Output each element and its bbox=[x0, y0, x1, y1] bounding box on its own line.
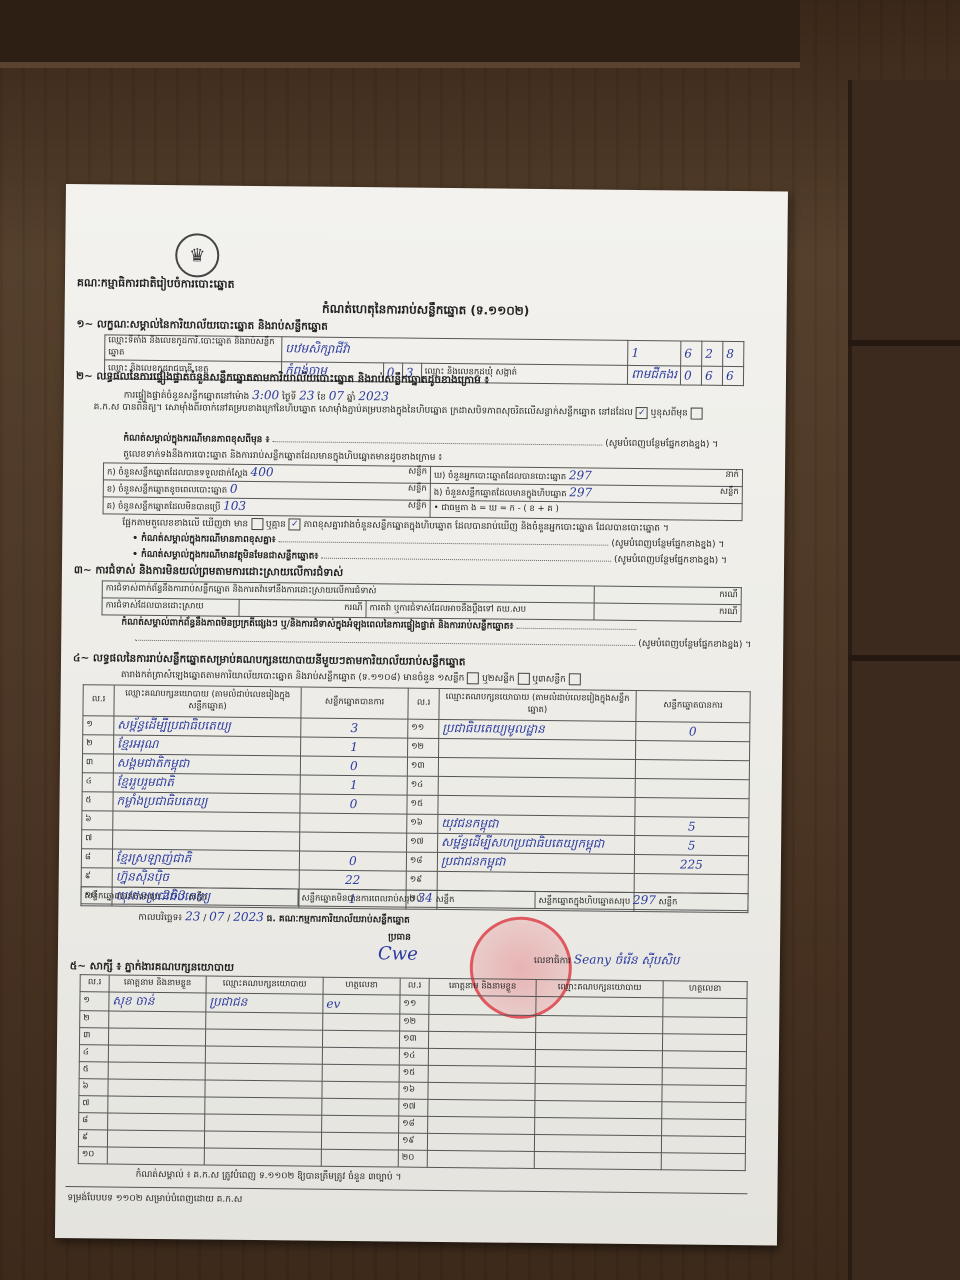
total-valid: សន្លឹកឆ្នោតបានការសរុប 263 សន្លឹក bbox=[81, 887, 298, 906]
witness-party bbox=[205, 1114, 322, 1132]
party-votes bbox=[635, 759, 749, 779]
party-name: សម្ព័ន្ធដើម្បីសហប្រជាធិបតេយ្យកម្ពុជា bbox=[438, 833, 635, 854]
witness-name bbox=[428, 1048, 535, 1066]
witness-party bbox=[534, 1134, 661, 1152]
note-changed-field[interactable] bbox=[272, 441, 602, 445]
emblem-icon: ♛ bbox=[175, 233, 219, 277]
date-label: កាលបរិច្ឆេទ៖ bbox=[138, 913, 182, 923]
party-name: ខ្មែរស្រឡាញ់ជាតិ bbox=[112, 849, 299, 870]
col-sign: ហត្ថលេខា bbox=[323, 977, 400, 995]
col-name: គោត្តនាម និងនាមខ្លួន bbox=[429, 978, 536, 996]
col-party: ឈ្មោះគណបក្សនយោបាយ bbox=[536, 979, 663, 997]
row-number: ២០ bbox=[398, 1150, 427, 1167]
footer-text: ទម្រង់បែបបទ ១១០២ សម្រាប់បំពេញដោយ គ.ក.ស bbox=[67, 1192, 242, 1207]
witness-signature bbox=[663, 998, 747, 1018]
witness-table: ល.រ គោត្តនាម និងនាមខ្លួន ឈ្មោះគណបក្សនយោប… bbox=[78, 974, 748, 1171]
witness-party bbox=[205, 1080, 322, 1098]
witness-name bbox=[108, 1062, 205, 1080]
row-number: ១៩ bbox=[398, 1133, 427, 1150]
code-digit: 8 bbox=[723, 341, 744, 366]
row-number: ១ bbox=[83, 716, 114, 735]
witness-name: សុខ ចាន់ bbox=[109, 992, 206, 1012]
row-number: ១៤ bbox=[399, 1048, 428, 1065]
figure-d-value: 297 bbox=[569, 468, 592, 482]
results-table: ល.រ ឈ្មោះគណបក្សនយោបាយ (តាមលំដាប់លេខរៀងក្… bbox=[80, 684, 750, 913]
witness-signature bbox=[322, 1030, 399, 1048]
witness-party bbox=[535, 1100, 662, 1118]
party-name: សង្គមជាតិកម្ពុជា bbox=[113, 754, 300, 775]
witness-signature bbox=[322, 1115, 399, 1133]
row-number: ៤ bbox=[79, 1045, 108, 1062]
section5-note: កំណត់សម្គាល់ ៖ គ.ក.ស ត្រូវបំពេញ ទ.១១០២ ឱ… bbox=[136, 1169, 402, 1185]
compare-tail: ភាពខុសគ្នារវាងចំនួនសន្លឹកឆ្នោតក្នុងហិបឆ្… bbox=[304, 520, 669, 534]
witness-name bbox=[107, 1130, 204, 1148]
secretary-signature: Seany ចំរើន ស៊ីបសិប bbox=[574, 952, 680, 967]
row-number: ១៣ bbox=[407, 757, 438, 776]
witness-signature bbox=[662, 1119, 746, 1137]
row-number: ៦ bbox=[79, 1079, 108, 1096]
verification-year: 2023 bbox=[358, 389, 389, 403]
witness-signature bbox=[661, 1153, 745, 1171]
witness-party bbox=[535, 1049, 662, 1067]
row-number: ១៣ bbox=[399, 1031, 428, 1048]
organization-name: គណៈកម្មាធិការជាតិរៀបចំការបោះឆ្នោត bbox=[77, 276, 235, 294]
witness-name bbox=[108, 1096, 205, 1114]
party-name bbox=[438, 757, 635, 778]
witness-name bbox=[108, 1045, 205, 1063]
witness-party bbox=[204, 1148, 321, 1166]
party-votes: 3 bbox=[301, 718, 408, 738]
intact-label: ឬខុសពីមុន bbox=[651, 408, 688, 418]
witness-name bbox=[108, 1079, 205, 1097]
row-number: ៩ bbox=[78, 1130, 107, 1147]
witness-signature bbox=[662, 1068, 746, 1086]
witness-signature bbox=[321, 1149, 398, 1167]
party-name: កម្លាំងប្រជាធិបតេយ្យ bbox=[113, 792, 300, 813]
chair-signature: Cwe bbox=[378, 943, 418, 964]
col-votes: សន្លឹកឆ្នោតបានការ bbox=[301, 687, 408, 719]
party-votes: 225 bbox=[634, 854, 748, 874]
party-votes: 0 bbox=[300, 756, 407, 776]
figure-b-value: 0 bbox=[230, 482, 238, 496]
commune-value: ពាមជីកងរ bbox=[628, 365, 681, 385]
row-number: ១១ bbox=[400, 995, 429, 1014]
fill-more-text: (សូមបំពេញបន្ថែមផ្នែកខាងខ្នង) ។ bbox=[614, 555, 727, 566]
row-number: ៣ bbox=[79, 1028, 108, 1045]
note-object-field[interactable] bbox=[321, 558, 611, 562]
row-number: ១៨ bbox=[399, 1116, 428, 1133]
code-digit: 2 bbox=[702, 341, 723, 366]
sheet-opt3: ឬ៣សន្លឹក bbox=[532, 674, 566, 684]
compare-or: ឬគ្មាន bbox=[266, 520, 286, 530]
sheet-count-line: តារាងកត់ត្រាសំឡេងឆ្នោតតាមការិយាល័យបោះឆ្ន… bbox=[121, 669, 581, 687]
row-number: ១៧ bbox=[399, 1099, 428, 1116]
row-number: ៤ bbox=[82, 773, 113, 792]
witness-signature bbox=[321, 1132, 398, 1150]
witness-party: ប្រជាជន bbox=[206, 993, 323, 1013]
row-number: ១០ bbox=[78, 1147, 107, 1164]
party-votes bbox=[636, 740, 750, 760]
party-name: ខ្មែរអរុណ bbox=[114, 735, 301, 756]
election-form-sheet: ♛ គណៈកម្មាធិការជាតិរៀបចំការបោះឆ្នោត កំណត… bbox=[55, 184, 788, 1246]
party-votes: 1 bbox=[301, 737, 408, 757]
figure-a-value: 400 bbox=[251, 465, 274, 479]
compare-text: ផ្អែកតាមតួលេខខាងលើ ឃើញថា មាន bbox=[122, 518, 248, 529]
plank-seam bbox=[848, 655, 960, 661]
witness-signature bbox=[662, 1102, 746, 1120]
witness-party bbox=[536, 1015, 663, 1033]
col-votes: សន្លឹកឆ្នោតបានការ bbox=[636, 690, 750, 722]
witness-signature bbox=[662, 1051, 746, 1069]
date-day: 23 bbox=[185, 909, 200, 923]
witness-name bbox=[108, 1113, 205, 1131]
one-sheet-checkbox[interactable] bbox=[467, 672, 479, 684]
row-number: ៦ bbox=[82, 811, 113, 830]
party-name bbox=[439, 738, 636, 759]
row-number: ១៦ bbox=[399, 1082, 428, 1099]
note-changed-label: កំណត់សម្គាល់ក្នុងករណីមានភាពខុសពីមុន ៖ bbox=[123, 434, 269, 446]
witness-signature bbox=[323, 1013, 400, 1031]
has-difference-checkbox[interactable] bbox=[251, 518, 263, 530]
witness-party bbox=[204, 1131, 321, 1149]
witness-party bbox=[205, 1097, 322, 1115]
cases-label: ករណី bbox=[594, 586, 741, 605]
col-party: ឈ្មោះគណបក្សនយោបាយ (តាមលំដាប់លេខរៀងក្នុងស… bbox=[439, 688, 636, 721]
party-name bbox=[113, 830, 300, 851]
section3-note-label: កំណត់សម្គាល់ពាក់ព័ន្ធនឹងភាពមិនប្រក្រតីផ្… bbox=[121, 618, 513, 632]
two-sheet-checkbox[interactable] bbox=[517, 673, 529, 685]
party-name: សម្ព័ន្ធដើម្បីប្រជាធិបតេយ្យ bbox=[114, 716, 301, 737]
figure-e-value: 297 bbox=[569, 485, 592, 499]
note-diff-field[interactable] bbox=[278, 541, 608, 545]
witness-name bbox=[428, 1031, 535, 1049]
witness-name bbox=[428, 1082, 535, 1100]
party-votes bbox=[300, 813, 407, 833]
row-number: ១៩ bbox=[406, 871, 437, 890]
party-name bbox=[438, 795, 635, 816]
code-digit: 6 bbox=[701, 366, 722, 385]
party-votes: 0 bbox=[636, 721, 750, 741]
witness-signature: ev bbox=[323, 994, 400, 1014]
party-name: ខ្មែររួបរួមជាតិ bbox=[113, 773, 300, 794]
row-number: ១២ bbox=[400, 1014, 429, 1031]
row-number: ១៤ bbox=[407, 776, 438, 795]
total-box: សន្លឹកឆ្នោតក្នុងហិបឆ្នោតសរុប 297 សន្លឹក bbox=[535, 891, 748, 910]
col-party: ឈ្មោះគណបក្សនយោបាយ bbox=[206, 976, 323, 994]
witness-party bbox=[534, 1151, 661, 1169]
note-diff-label: • កំណត់សម្គាល់ក្នុងករណីមានភាពខុសគ្នា៖ bbox=[132, 534, 275, 546]
year-label: ឆ្នាំ bbox=[347, 393, 356, 403]
fill-more-text: (សូមបំពេញបន្ថែមផ្នែកខាងខ្នង) ។ bbox=[638, 639, 751, 650]
col-party: ឈ្មោះគណបក្សនយោបាយ (តាមលំដាប់លេខរៀងក្នុងស… bbox=[114, 685, 301, 718]
three-sheet-checkbox[interactable] bbox=[569, 673, 581, 685]
verification-month: 07 bbox=[329, 389, 344, 403]
party-name: យុវជនកម្ពុជា bbox=[438, 814, 635, 835]
party-name bbox=[438, 776, 635, 797]
witness-party bbox=[535, 1117, 662, 1135]
intact-checkbox[interactable]: ✓ bbox=[636, 406, 648, 418]
witness-party bbox=[535, 1066, 662, 1084]
witness-name bbox=[428, 1065, 535, 1083]
witness-signature bbox=[663, 1017, 747, 1035]
col-sign: ហត្ថលេខា bbox=[663, 981, 747, 999]
date-line: កាលបរិច្ឆេទ៖ 23 / 07 / 2023 ធ. គណៈកម្មកា… bbox=[138, 909, 410, 928]
objections-table: ការជំទាស់ពាក់ព័ន្ធនឹងការរាប់សន្លឹកឆ្នោត … bbox=[101, 580, 741, 622]
witness-party bbox=[205, 1063, 322, 1081]
witness-name bbox=[429, 995, 536, 1015]
code-digit: 0 bbox=[680, 366, 701, 385]
row-number: ១ bbox=[80, 992, 109, 1011]
figures-table: ក) ចំនួនសន្លឹកឆ្នោតដែលបានទទួលជាក់ស្តែង 4… bbox=[103, 462, 744, 521]
row-number: ៥ bbox=[82, 792, 113, 811]
party-votes bbox=[635, 778, 749, 798]
witness-name bbox=[108, 1028, 205, 1046]
wooden-panel bbox=[848, 80, 960, 1280]
total-box-value: 297 bbox=[633, 893, 656, 907]
row-number: ១១ bbox=[408, 719, 439, 738]
col-no: ល.រ bbox=[83, 685, 114, 716]
row-number: ១៨ bbox=[406, 852, 437, 871]
station-label: ឈ្មោះទីតាំង និងលេខកូដការិ.បោះឆ្នោត និងរា… bbox=[105, 335, 282, 362]
day-label: ថ្ងៃទី bbox=[282, 392, 296, 402]
witness-signature bbox=[662, 1085, 746, 1103]
row-number: ១២ bbox=[408, 738, 439, 757]
code-digit: 6 bbox=[681, 341, 702, 366]
changed-checkbox[interactable] bbox=[691, 407, 703, 419]
witness-name bbox=[107, 1147, 204, 1165]
row-number: ៣ bbox=[82, 754, 113, 773]
code-digit: 6 bbox=[722, 366, 743, 385]
secretary-line: លេខាធិការ Seany ចំរើន ស៊ីបសិប bbox=[534, 951, 680, 971]
row-number: ៧ bbox=[79, 1096, 108, 1113]
col-name: គោត្តនាម និងនាមខ្លួន bbox=[109, 975, 206, 993]
party-votes: 0 bbox=[299, 851, 406, 871]
party-votes: 22 bbox=[299, 870, 406, 890]
party-name bbox=[113, 811, 300, 832]
section3-note-field[interactable] bbox=[516, 628, 636, 630]
party-votes: 5 bbox=[635, 835, 749, 855]
party-votes: 1 bbox=[300, 775, 407, 795]
total-valid-value: 263 bbox=[163, 888, 186, 902]
row-number: ២ bbox=[80, 1011, 109, 1028]
witness-name bbox=[428, 1116, 535, 1134]
station-value: បឋមសិក្សាជីវ៉ា bbox=[282, 337, 629, 366]
row-number: ៩ bbox=[81, 868, 112, 887]
col-no: ល.រ bbox=[408, 688, 439, 719]
section3-heading: ៣~ ការជំទាស់ និងការមិនយល់ព្រមតាមការដោះស្… bbox=[74, 564, 343, 582]
fill-more-text: (សូមបំពេញបន្ថែមផ្នែកខាងខ្នង) ។ bbox=[611, 539, 724, 550]
fill-more-text: (សូមបំពេញបន្ថែមផ្នែកខាងខ្នង) ។ bbox=[605, 439, 718, 450]
row-number: ២ bbox=[83, 735, 114, 754]
witness-name bbox=[428, 1099, 535, 1117]
figure-c: គ) ចំនួនសន្លឹកឆ្នោតដែលមិនបានប្រើ 103 សន្… bbox=[103, 497, 430, 517]
row-number: ១៥ bbox=[399, 1065, 428, 1082]
cases-label: ករណី bbox=[239, 599, 366, 617]
witness-party bbox=[535, 1032, 662, 1050]
party-votes bbox=[634, 873, 748, 893]
party-votes: 5 bbox=[635, 816, 749, 836]
row-number: ៨ bbox=[81, 849, 112, 868]
total-invalid: សន្លឹកឆ្នោតមិនបានការពេលរាប់សរុប 34 សន្លឹ… bbox=[298, 889, 535, 908]
witness-party bbox=[206, 1012, 323, 1030]
party-votes bbox=[635, 797, 749, 817]
resolved-label: ការជំទាស់ដែលបានដោះស្រាយ bbox=[102, 598, 239, 616]
cases-label: ករណី bbox=[594, 603, 741, 622]
date-month: 07 bbox=[209, 910, 224, 924]
section1-heading: ១~ លក្ខណៈសម្គាល់នៃការិយាល័យបោះឆ្នោត និងរ… bbox=[76, 318, 327, 336]
appeal-label: ការតវ៉ា ឬការជំទាស់ដែលអាចនឹងប្តឹងទៅ គឃ.សប bbox=[366, 601, 594, 620]
note-object-label: • កំណត់សម្គាល់ក្នុងករណីមានវត្ថុមិនមែនជាស… bbox=[132, 550, 318, 562]
code-digit: 1 bbox=[628, 340, 681, 366]
witness-party bbox=[535, 1083, 662, 1101]
row-number: ១៦ bbox=[407, 814, 438, 833]
witness-signature bbox=[322, 1098, 399, 1116]
witness-signature bbox=[661, 1136, 745, 1154]
row-number: ១៥ bbox=[407, 795, 438, 814]
witness-signature bbox=[322, 1081, 399, 1099]
total-invalid-value: 34 bbox=[417, 891, 432, 905]
witness-name bbox=[429, 1014, 536, 1032]
row-number: ៥ bbox=[79, 1062, 108, 1079]
formula: • ជាធម្មតា ង = ឃ = ក - ( ខ + គ ) bbox=[430, 500, 742, 520]
seal-text: គ.ក.ស បានពិនិត្យ។ សោម៉ាំងពីរចាក់នៅគម្របខ… bbox=[94, 402, 633, 418]
party-votes: 0 bbox=[300, 794, 407, 814]
witness-signature bbox=[662, 1034, 746, 1052]
committee-label: ធ. គណៈកម្មការការិយាល័យរាប់សន្លឹកឆ្នោត bbox=[267, 914, 410, 925]
col-no: ល.រ bbox=[400, 978, 429, 995]
sheet-opt2: ឬ២សន្លឹក bbox=[482, 674, 515, 684]
plank-seam bbox=[848, 340, 960, 346]
witness-name bbox=[427, 1150, 534, 1168]
party-name: ប្រជាជនកម្ពុជា bbox=[437, 852, 634, 873]
witness-signature bbox=[322, 1047, 399, 1065]
witness-party bbox=[205, 1046, 322, 1064]
date-year: 2023 bbox=[233, 910, 264, 924]
section3-fill-more: (សូមបំពេញបន្ថែមផ្នែកខាងខ្នង) ។ bbox=[91, 632, 751, 652]
witness-party bbox=[536, 996, 663, 1016]
party-votes bbox=[300, 832, 407, 852]
witness-name bbox=[427, 1133, 534, 1151]
month-label: ខែ bbox=[317, 393, 326, 403]
no-difference-checkbox[interactable]: ✓ bbox=[289, 518, 301, 530]
section3-note-field-2[interactable] bbox=[135, 640, 635, 646]
verification-day: 23 bbox=[299, 388, 314, 402]
party-name: ប្រជាធិបតេយ្យមូលដ្ឋាន bbox=[439, 719, 636, 740]
witness-name bbox=[109, 1011, 206, 1029]
row-number: ៨ bbox=[79, 1113, 108, 1130]
verification-time: 3:00 bbox=[252, 388, 279, 402]
row-number: ៧ bbox=[82, 830, 113, 849]
witness-signature bbox=[322, 1064, 399, 1082]
sheet-text: តារាងកត់ត្រាសំឡេងឆ្នោតតាមការិយាល័យបោះឆ្ន… bbox=[121, 670, 465, 684]
witness-party bbox=[205, 1029, 322, 1047]
secretary-label: លេខាធិការ bbox=[534, 956, 571, 966]
wooden-shelf bbox=[0, 0, 800, 68]
col-no: ល.រ bbox=[80, 975, 109, 992]
figure-c-value: 103 bbox=[223, 499, 246, 513]
row-number: ១៧ bbox=[407, 833, 438, 852]
